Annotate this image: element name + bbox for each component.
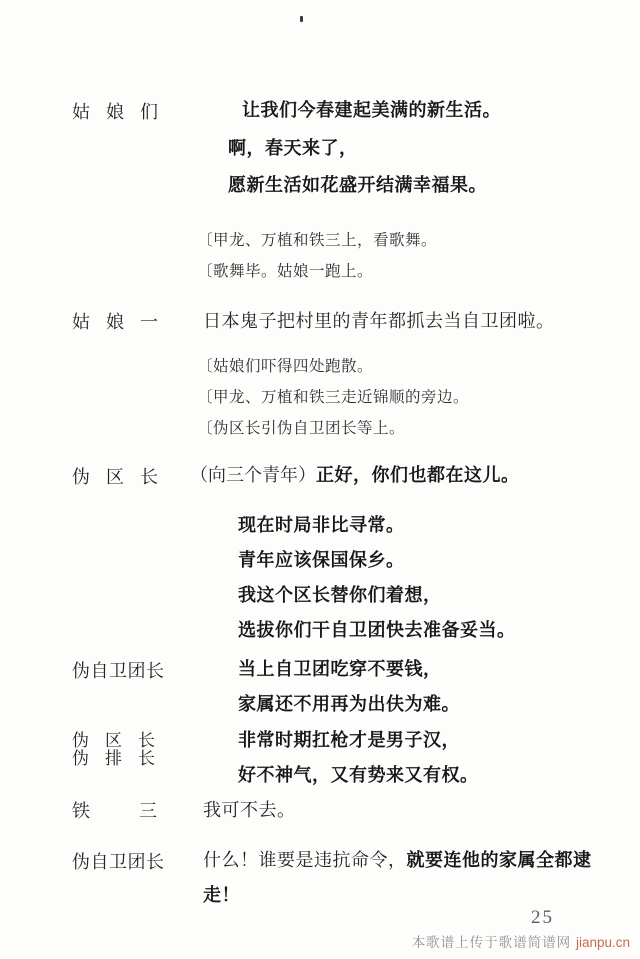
speaker-tie-san: 铁三 [72,797,206,823]
sung-line: 当上自卫团吃穿不要钱， [238,655,442,681]
page-number: 25 [531,907,554,929]
speaker-puppet-district-chief: 伪区长 [72,463,174,489]
stage-direction: 〔伪区长引伪自卫团长等上。 [197,416,405,438]
watermark-text: 本歌谱上传于歌谱简谱网 [412,935,572,950]
sung-line: 我这个区长替你们着想， [238,581,442,607]
sung-line: 非常时期扛枪才是男子汉， [238,726,460,752]
dialogue-line: 什么！谁要是违抗命令，就要连他的家属全都逮 [203,846,592,872]
sung-line: 好不神气，又有势来又有权。 [238,761,479,787]
stage-direction: 〔姑娘们吓得四处跑散。 [197,354,373,376]
spoken-line: 日本鬼子把村里的青年都抓去当自卫团啦。 [203,307,555,333]
sung-line: 家属还不用再为出伕为难。 [238,690,460,716]
stage-direction: 〔甲龙、万植和铁三走近锦顺的旁边。 [197,385,469,407]
spoken-line: 什么！谁要是违抗命令， [203,850,407,870]
sung-line: 现在时局非比寻常。 [238,511,405,537]
sung-line: 选拔你们干自卫团快去准备妥当。 [238,616,516,642]
speaker-puppet-corps-leader: 伪自卫团长 [72,848,165,874]
speaker-puppet-platoon-leader: 伪排长 [72,744,171,769]
speaker-girls-chorus: 姑娘们 [72,98,174,124]
speaker-girl-one: 姑娘一 [72,308,174,334]
spoken-line: 我可不去。 [203,796,296,822]
watermark-site: jianpu.cn [576,935,630,950]
stage-cue: （向三个青年） [190,465,316,485]
stage-direction: 〔歌舞毕。姑娘一跑上。 [197,259,373,281]
sung-line: 啊，春天来了， [228,134,358,160]
watermark: 本歌谱上传于歌谱简谱网 jianpu.cn [412,931,630,951]
sung-line: 愿新生活如花盛开结满幸福果。 [228,171,487,197]
spoken-line-continuation: 走！ [203,881,240,907]
speaker-puppet-corps-leader: 伪自卫团长 [72,657,165,683]
stage-direction: 〔甲龙、万植和铁三上，看歌舞。 [197,228,437,250]
sung-line: 让我们今春建起美满的新生活。 [242,96,501,122]
sung-line: 青年应该保国保乡。 [238,546,405,572]
spoken-line-bold: 就要连他的家属全都逮 [407,850,592,871]
script-page: 姑娘们 让我们今春建起美满的新生活。 啊，春天来了， 愿新生活如花盛开结满幸福果… [0,0,640,959]
scan-speck [300,16,303,22]
dialogue-line: （向三个青年）正好，你们也都在这儿。 [190,461,520,487]
spoken-line-bold: 正好，你们也都在这儿。 [316,465,520,486]
